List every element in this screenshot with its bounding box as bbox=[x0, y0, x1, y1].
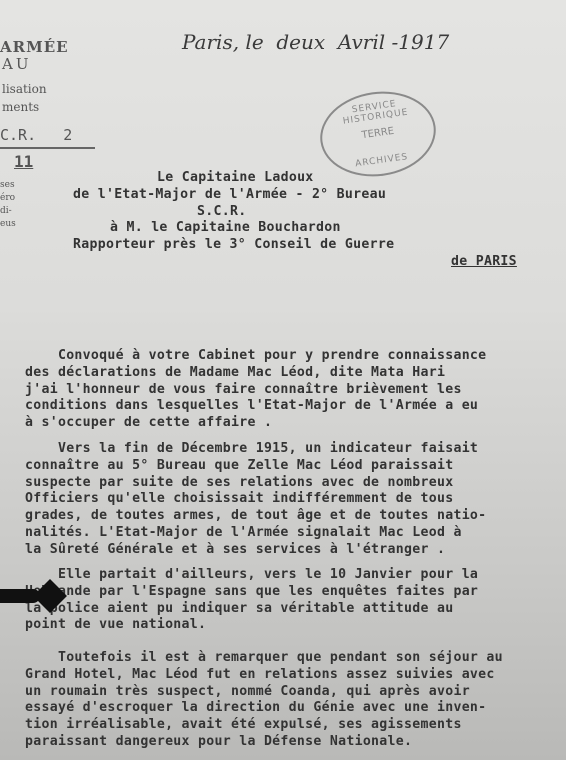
letterhead-side: di- bbox=[0, 206, 12, 216]
body-line: tion irréalisable, avait été expulsé, se… bbox=[25, 717, 462, 732]
from-line: S.C.R. bbox=[197, 204, 246, 219]
letterhead-side: éro bbox=[0, 193, 15, 203]
body-line: à s'occuper de cette affaire . bbox=[25, 415, 272, 430]
letterhead-line: lisation bbox=[2, 82, 47, 96]
body-line: essayé d'escroquer la direction du Génie… bbox=[25, 700, 486, 715]
body-line: Officiers qu'elle choisissait indifférem… bbox=[25, 491, 453, 506]
from-line: Le Capitaine Ladoux bbox=[157, 170, 314, 185]
body-line: Grand Hotel, Mac Léod fut en relations a… bbox=[25, 667, 495, 682]
body-line: un roumain très suspect, nommé Coanda, q… bbox=[25, 684, 470, 699]
body-line: point de vue national. bbox=[25, 617, 206, 632]
from-line: de l'Etat-Major de l'Armée - 2° Bureau bbox=[73, 187, 386, 202]
divider bbox=[0, 147, 95, 149]
to-line: Rapporteur près le 3° Conseil de Guerre bbox=[73, 237, 394, 252]
body-line: Toutefois il est à remarquer que pendant… bbox=[25, 650, 503, 665]
body-line: j'ai l'honneur de vous faire connaître b… bbox=[25, 382, 462, 397]
body-line: paraissant dangereux pour la Défense Nat… bbox=[25, 734, 412, 749]
letterhead-line: C.R. 2 bbox=[0, 126, 72, 144]
body-line: Elle partait d'ailleurs, vers le 10 Janv… bbox=[25, 567, 478, 582]
letterhead-side: ses bbox=[0, 180, 15, 190]
to-city: de PARIS bbox=[451, 254, 517, 269]
letterhead-line: ments bbox=[2, 100, 39, 114]
body-line: des déclarations de Madame Mac Léod, dit… bbox=[25, 365, 445, 380]
body-line: nalités. L'Etat-Major de l'Armée signala… bbox=[25, 525, 462, 540]
body-line: Vers la fin de Décembre 1915, un indicat… bbox=[25, 441, 478, 456]
register-number: 11 bbox=[14, 152, 33, 171]
document-page: ARMÉE AU lisation ments C.R. 2 11 ses ér… bbox=[0, 0, 566, 760]
body-line: suspecte par suite de ses relations avec… bbox=[25, 475, 453, 490]
body-line: connaître au 5° Bureau que Zelle Mac Léo… bbox=[25, 458, 453, 473]
letterhead-side: eus bbox=[0, 219, 16, 229]
body-line: la Sûreté Générale et à ses services à l… bbox=[25, 542, 445, 557]
letterhead-line: ARMÉE bbox=[0, 38, 69, 56]
body-line: Convoqué à votre Cabinet pour y prendre … bbox=[25, 348, 486, 363]
body-line: Hollande par l'Espagne sans que les enqu… bbox=[25, 584, 478, 599]
archive-stamp: SERVICE HISTORIQUE TERRE ARCHIVES bbox=[315, 84, 442, 183]
body-line: grades, de toutes armes, de tout âge et … bbox=[25, 508, 486, 523]
body-line: conditions dans lesquelles l'Etat-Major … bbox=[25, 398, 478, 413]
body-line: la police aient pu indiquer sa véritable… bbox=[25, 601, 453, 616]
stamp-bottom: ARCHIVES bbox=[326, 148, 438, 173]
date-line: Paris, le deux Avril -1917 bbox=[182, 30, 449, 54]
letterhead-line: AU bbox=[2, 55, 31, 73]
to-line: à M. le Capitaine Bouchardon bbox=[110, 220, 341, 235]
